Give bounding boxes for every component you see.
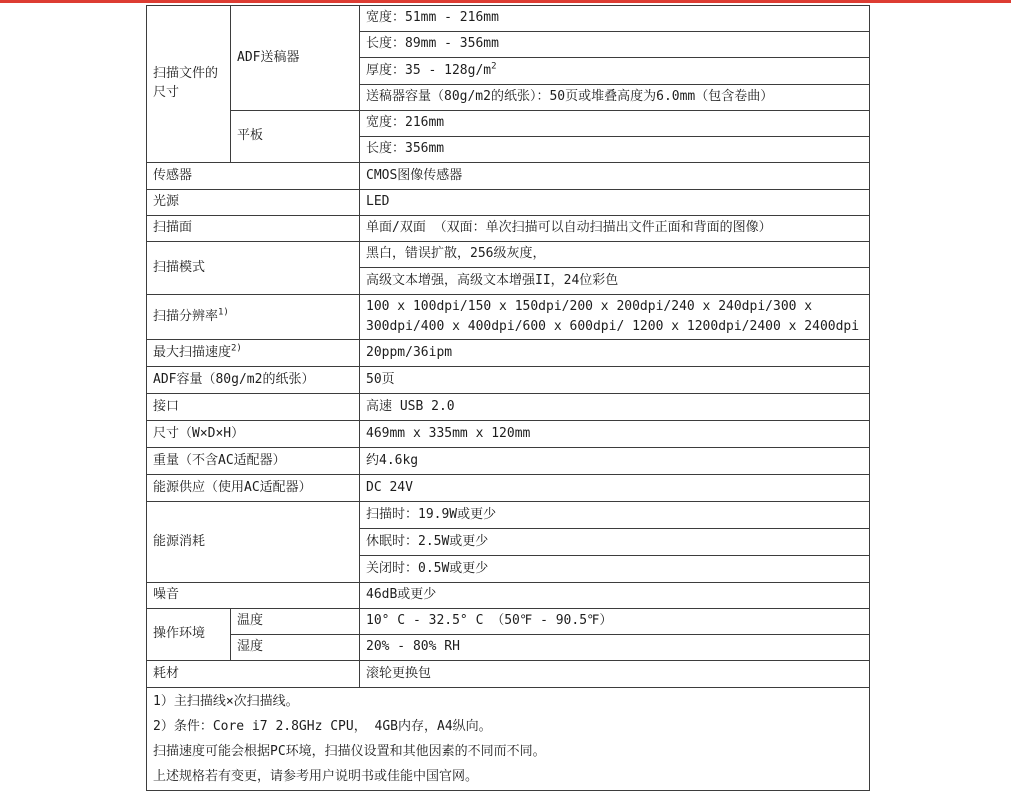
table-row: 操作环境 温度 10° C - 32.5° C （50℉ - 90.5℉） [147,609,870,635]
value-adf-thickness: 厚度：35 - 128g/m2 [360,58,870,85]
value-power-scanning: 扫描时：19.9W或更少 [360,502,870,529]
footnote-3: 扫描速度可能会根据PC环境，扫描仪设置和其他因素的不同而不同。 [153,739,865,764]
top-red-rule [0,0,1011,3]
table-row: 重量（不含AC适配器） 约4.6kg [147,448,870,475]
value-max-speed: 20ppm/36ipm [360,340,870,367]
table-row: 光源 LED [147,190,870,216]
footnotes-cell: 1）主扫描线×次扫描线。 2）条件：Core i7 2.8GHz CPU， 4G… [147,688,870,791]
table-row: ADF容量（80g/m2的纸张） 50页 [147,367,870,394]
value-resolution: 100 x 100dpi/150 x 150dpi/200 x 200dpi/2… [360,295,870,340]
value-flatbed-length: 长度：356mm [360,137,870,163]
value-scan-mode-line2: 高级文本增强，高级文本增强II，24位彩色 [360,268,870,295]
adf-thickness-sup: 2 [491,61,496,71]
table-row: 噪音 46dB或更少 [147,583,870,609]
table-row: 1）主扫描线×次扫描线。 2）条件：Core i7 2.8GHz CPU， 4G… [147,688,870,791]
label-adf-capacity: ADF容量（80g/m2的纸张） [147,367,360,394]
table-row: 平板 宽度：216mm [147,111,870,137]
resolution-label-text: 扫描分辨率 [153,309,218,324]
value-power-off: 关闭时：0.5W或更少 [360,556,870,583]
value-adf-capacity-pages: 50页 [360,367,870,394]
table-row: 传感器 CMOS图像传感器 [147,163,870,190]
label-scan-mode: 扫描模式 [147,242,360,295]
adf-thickness-text: 厚度：35 - 128g/m [366,63,491,78]
value-light-source: LED [360,190,870,216]
table-row: 湿度 20% - 80% RH [147,635,870,661]
value-weight: 约4.6kg [360,448,870,475]
label-sensor: 传感器 [147,163,360,190]
spec-table: 扫描文件的尺寸 ADF送稿器 宽度：51mm - 216mm 长度：89mm -… [146,5,870,791]
value-sensor: CMOS图像传感器 [360,163,870,190]
value-dimensions: 469mm x 335mm x 120mm [360,421,870,448]
table-row: 最大扫描速度2) 20ppm/36ipm [147,340,870,367]
label-environment: 操作环境 [147,609,231,661]
label-adf-feeder: ADF送稿器 [231,6,360,111]
label-light-source: 光源 [147,190,360,216]
label-power-supply: 能源供应（使用AC适配器） [147,475,360,502]
label-weight: 重量（不含AC适配器） [147,448,360,475]
table-row: 扫描分辨率1) 100 x 100dpi/150 x 150dpi/200 x … [147,295,870,340]
max-speed-label-text: 最大扫描速度 [153,345,231,360]
label-noise: 噪音 [147,583,360,609]
label-dimensions: 尺寸（W×D×H） [147,421,360,448]
label-power-consumption: 能源消耗 [147,502,360,583]
table-row: 扫描模式 黑白，错误扩散，256级灰度， [147,242,870,268]
value-scan-mode-line1: 黑白，错误扩散，256级灰度， [360,242,870,268]
value-adf-length: 长度：89mm - 356mm [360,32,870,58]
value-power-sleep: 休眠时：2.5W或更少 [360,529,870,556]
value-interface: 高速 USB 2.0 [360,394,870,421]
label-consumables: 耗材 [147,661,360,688]
value-noise: 46dB或更少 [360,583,870,609]
table-row: 能源供应（使用AC适配器） DC 24V [147,475,870,502]
value-power-supply: DC 24V [360,475,870,502]
table-row: 扫描面 单面/双面 （双面：单次扫描可以自动扫描出文件正面和背面的图像） [147,216,870,242]
label-resolution: 扫描分辨率1) [147,295,360,340]
label-humidity: 湿度 [231,635,360,661]
value-flatbed-width: 宽度：216mm [360,111,870,137]
value-adf-capacity: 送稿器容量（80g/m2的纸张）：50页或堆叠高度为6.0mm（包含卷曲） [360,85,870,111]
label-flatbed: 平板 [231,111,360,163]
label-interface: 接口 [147,394,360,421]
resolution-label-sup: 1) [218,307,229,317]
table-row: 耗材 滚轮更换包 [147,661,870,688]
value-consumables: 滚轮更换包 [360,661,870,688]
value-humidity: 20% - 80% RH [360,635,870,661]
value-scan-side: 单面/双面 （双面：单次扫描可以自动扫描出文件正面和背面的图像） [360,216,870,242]
label-max-speed: 最大扫描速度2) [147,340,360,367]
table-row: 扫描文件的尺寸 ADF送稿器 宽度：51mm - 216mm [147,6,870,32]
table-row: 能源消耗 扫描时：19.9W或更少 [147,502,870,529]
spec-table-container: 扫描文件的尺寸 ADF送稿器 宽度：51mm - 216mm 长度：89mm -… [146,5,870,791]
value-temperature: 10° C - 32.5° C （50℉ - 90.5℉） [360,609,870,635]
footnote-2: 2）条件：Core i7 2.8GHz CPU， 4GB内存，A4纵向。 [153,714,865,739]
value-adf-width: 宽度：51mm - 216mm [360,6,870,32]
footnote-1: 1）主扫描线×次扫描线。 [153,689,865,714]
label-scan-side: 扫描面 [147,216,360,242]
label-temperature: 温度 [231,609,360,635]
table-row: 尺寸（W×D×H） 469mm x 335mm x 120mm [147,421,870,448]
max-speed-label-sup: 2) [231,343,242,353]
footnote-4: 上述规格若有变更，请参考用户说明书或佳能中国官网。 [153,764,865,789]
label-doc-size: 扫描文件的尺寸 [147,6,231,163]
table-row: 接口 高速 USB 2.0 [147,394,870,421]
